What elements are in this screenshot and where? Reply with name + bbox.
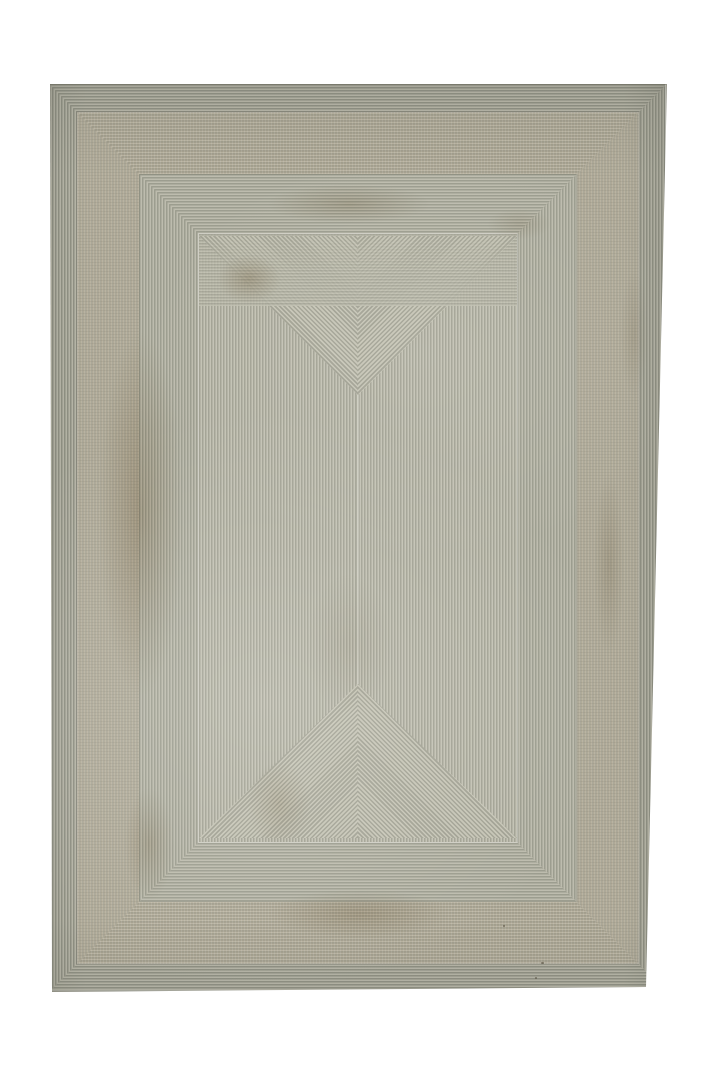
rug-edge-binding	[49, 84, 667, 992]
pile-fleck	[541, 962, 544, 964]
rug-photo	[49, 84, 667, 992]
photo-background	[0, 0, 720, 1080]
pile-fleck	[503, 925, 505, 927]
pile-fleck	[535, 977, 537, 979]
